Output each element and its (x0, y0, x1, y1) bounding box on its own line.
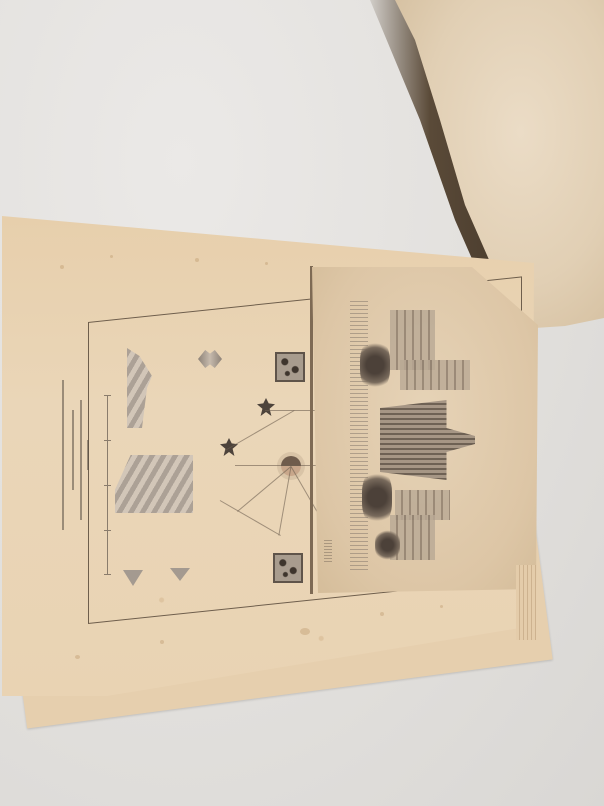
scale-tick (104, 440, 111, 441)
engraving-imprint (324, 540, 332, 562)
foxing-spot (380, 612, 384, 616)
ornament-panel-top (275, 352, 305, 382)
caption-line (72, 410, 74, 490)
engraved-building (400, 360, 470, 390)
engraving-title-script (318, 395, 332, 510)
triangle-fragment (123, 570, 143, 586)
scale-tick (104, 395, 111, 396)
caption-line (87, 440, 89, 470)
scale-tick (104, 530, 111, 531)
foxing-spot (160, 640, 164, 644)
foxing-spot (440, 605, 443, 608)
engraved-street (350, 300, 368, 570)
plan-line (225, 410, 295, 451)
plate-caption (60, 380, 100, 580)
foxing-spot (75, 655, 80, 659)
foxing-spot (110, 255, 113, 258)
engraving-image (350, 300, 490, 570)
triangle-fragment (170, 568, 190, 581)
engraved-crowd (360, 340, 390, 390)
foxing-spot (195, 258, 199, 262)
plan-line (278, 466, 291, 535)
engraved-crowd (375, 530, 400, 560)
scale-bar (107, 395, 108, 575)
engraved-cathedral-spire (380, 400, 475, 480)
engraved-crowd (362, 470, 392, 525)
foxing-spot (60, 265, 64, 269)
caption-line (62, 380, 64, 530)
stacked-sheet-edges (516, 565, 536, 640)
foxing-spot (300, 628, 310, 635)
photo-scene (0, 0, 604, 806)
tracery-plan (215, 390, 325, 560)
wave-fragment-large (115, 455, 193, 513)
plan-line (220, 500, 281, 536)
caption-line (80, 400, 82, 520)
scale-tick (104, 574, 111, 575)
scale-tick (104, 485, 111, 486)
quatrefoil-icon (257, 398, 275, 416)
foxing-spot (265, 262, 268, 265)
engraving-edge (310, 266, 313, 594)
